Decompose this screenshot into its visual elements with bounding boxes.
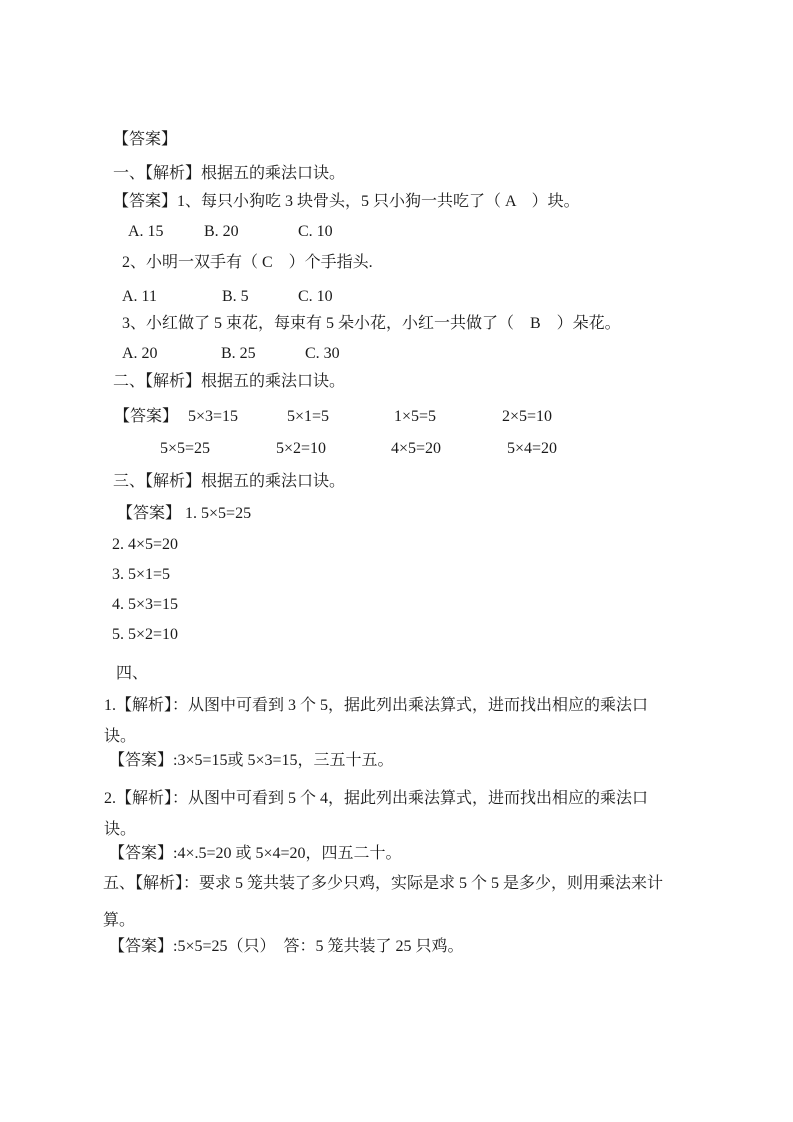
section2-equations-row2: 5×5=25 5×2=10 4×5=20 5×4=20	[160, 433, 557, 464]
q1-option-a: A. 15	[128, 216, 200, 247]
answer-label: 【答案】	[117, 498, 181, 529]
equation: 5×5=25	[160, 433, 272, 464]
section2-equations-row1: 【答案】 5×3=15 5×1=5 1×5=5 2×5=10	[114, 401, 552, 432]
equation: 5×2=10	[276, 433, 387, 464]
section1-heading: 一、【解析】根据五的乘法口诀。	[113, 158, 345, 189]
q3-option-c: C. 30	[305, 338, 340, 369]
section3-answer-item-3: 3. 5×1=5	[112, 559, 170, 590]
section1-question2-text: 2、小明一双手有（ C ）个手指头.	[122, 247, 373, 278]
section5-analysis: 五、【解析】：要求 5 笼共装了多少只鸡，实际是求 5 个 5 是多少，则用乘法…	[103, 865, 677, 939]
section1-question1-text: 【答案】1、每只小狗吃 3 块骨头，5 只小狗一共吃了（ A ）块。	[113, 186, 580, 217]
page-title: 【答案】	[113, 124, 177, 155]
answer-label: 【答案】	[114, 401, 184, 432]
section5-answer: 【答案】:5×5=25（只） 答：5 笼共装了 25 只鸡。	[109, 931, 464, 962]
section4-item1-analysis: 1.【解析】：从图中可看到 3 个 5，据此列出乘法算式，进而找出相应的乘法口诀…	[104, 690, 678, 752]
equation: 5×3=15	[188, 401, 283, 432]
q1-option-b: B. 20	[204, 216, 294, 247]
q3-option-a: A. 20	[122, 338, 217, 369]
answer-sheet-page: 【答案】 一、【解析】根据五的乘法口诀。 【答案】1、每只小狗吃 3 块骨头，5…	[0, 0, 793, 1122]
equation: 5×4=20	[507, 433, 557, 464]
section4-item1-answer: 【答案】:3×5=15或 5×3=15，三五十五。	[109, 745, 394, 776]
equation: 5×1=5	[287, 401, 390, 432]
section3-answer-item-1: 【答案】 1. 5×5=25	[117, 498, 251, 529]
section3-answer-item-4: 4. 5×3=15	[112, 589, 178, 620]
section1-question1-options: A. 15 B. 20 C. 10	[128, 216, 333, 247]
equation: 2×5=10	[502, 401, 552, 432]
q3-option-b: B. 25	[221, 338, 301, 369]
section3-answer-item-5: 5. 5×2=10	[112, 619, 178, 650]
equation: 1×5=5	[394, 401, 498, 432]
section3-heading: 三、【解析】根据五的乘法口诀。	[113, 466, 345, 497]
q1-option-c: C. 10	[298, 216, 333, 247]
section1-question3-text: 3、小红做了 5 束花，每束有 5 朵小花，小红一共做了（ B ）朵花。	[122, 308, 621, 339]
section2-heading: 二、【解析】根据五的乘法口诀。	[113, 366, 345, 397]
section4-heading: 四、	[116, 658, 148, 689]
equation: 1. 5×5=25	[185, 498, 251, 529]
section3-answer-item-2: 2. 4×5=20	[112, 529, 178, 560]
section4-item2-analysis: 2.【解析】：从图中可看到 5 个 4，据此列出乘法算式，进而找出相应的乘法口诀…	[104, 783, 678, 845]
equation: 4×5=20	[391, 433, 503, 464]
section1-question3-options: A. 20 B. 25 C. 30	[122, 338, 340, 369]
